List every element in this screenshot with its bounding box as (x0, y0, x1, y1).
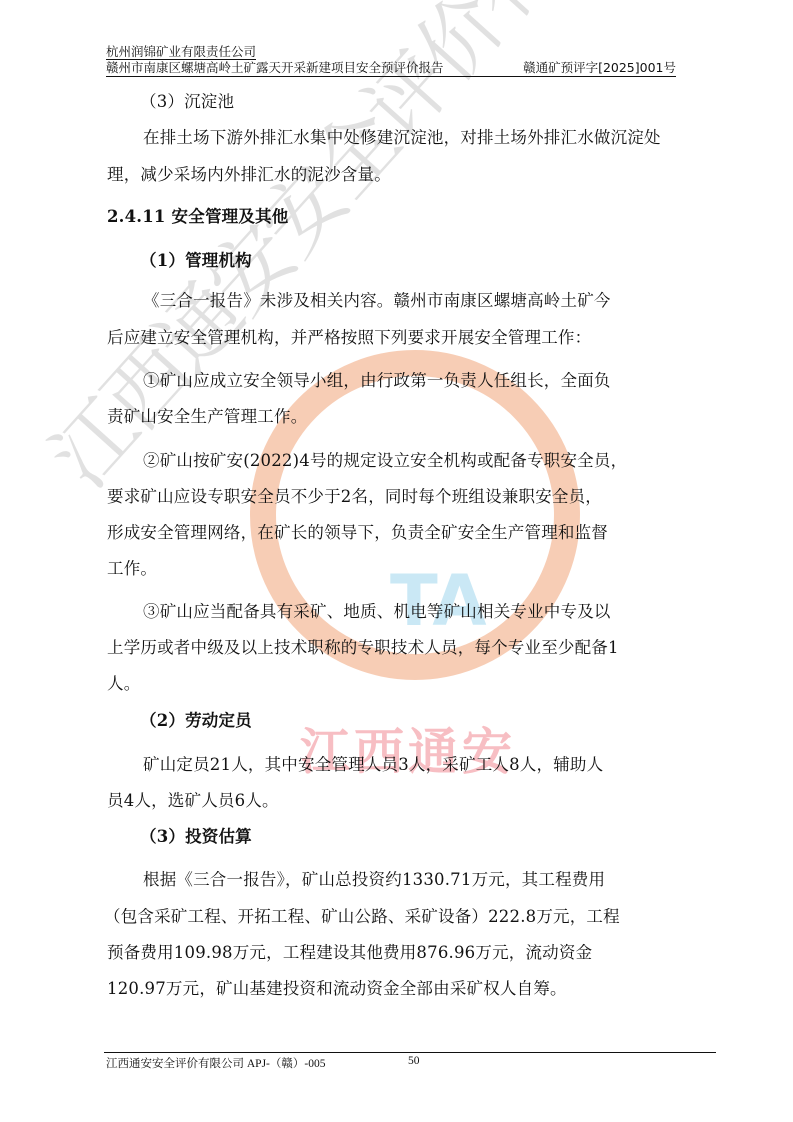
list-item-line: 工作。 (107, 558, 157, 580)
list-item-line: ③矿山应当配备具有采矿、地质、机电等矿山相关专业中专及以 (143, 601, 611, 623)
subheading-investment: （3）投资估算 (140, 826, 252, 848)
paragraph-line: （包含采矿工程、开拓工程、矿山公路、采矿设备）222.8万元，工程 (104, 906, 620, 928)
header-title-row: 赣州市南康区螺塘高岭土矿露天开采新建项目安全预评价报告 赣通矿预评字[2025]… (106, 60, 676, 77)
footer-divider (104, 1052, 716, 1053)
paragraph-line: 后应建立安全管理机构，并严格按照下列要求开展安全管理工作： (107, 327, 591, 349)
paragraph-line: 矿山定员21人，其中安全管理人员3人，采矿工人8人，辅助人 (143, 754, 603, 776)
paragraph-line: 120.97万元，矿山基建投资和流动资金全部由采矿权人自筹。 (107, 978, 567, 1000)
paragraph-line: 根据《三合一报告》，矿山总投资约1330.71万元，其工程费用 (143, 869, 605, 891)
paragraph-line: 在排土场下游外排汇水集中处修建沉淀池，对排土场外排汇水做沉淀处 (143, 127, 661, 149)
paragraph-line: 员4人，选矿人员6人。 (107, 790, 279, 812)
paragraph-line: 理，减少采场内外排汇水的泥沙含量。 (107, 164, 391, 186)
subheading-sedimentation: （3）沉淀池 (140, 91, 234, 113)
list-item-line: 责矿山安全生产管理工作。 (107, 406, 307, 428)
header-company-name: 杭州润锦矿业有限责任公司 (106, 44, 256, 60)
list-item-line: 要求矿山应设专职安全员不少于2名，同时每个班组设兼职安全员， (107, 486, 602, 508)
list-item-line: 人。 (107, 673, 140, 695)
list-item-line: 形成安全管理网络，在矿长的领导下，负责全矿安全生产管理和监督 (107, 522, 608, 544)
list-item-line: ①矿山应成立安全领导小组，由行政第一负责人任组长，全面负 (143, 370, 611, 392)
section-heading: 2.4.11 安全管理及其他 (107, 206, 288, 228)
footer-org: 江西通安安全评价有限公司 APJ-（赣）-005 (106, 1055, 325, 1071)
text-layer: 杭州润锦矿业有限责任公司 赣州市南康区螺塘高岭土矿露天开采新建项目安全预评价报告… (0, 0, 793, 1122)
document-page: TA 江西通安安全评价有限公司 江西通安 杭州润锦矿业有限责任公司 赣州市南康区… (0, 0, 793, 1122)
list-item-line: ②矿山按矿安(2022)4号的规定设立安全机构或配备专职安全员， (143, 450, 627, 472)
subheading-management: （1）管理机构 (140, 250, 252, 272)
subheading-staffing: （2）劳动定员 (140, 710, 252, 732)
header-doc-number: 赣通矿预评字[2025]001号 (523, 60, 676, 75)
paragraph-line: 《三合一报告》未涉及相关内容。赣州市南康区螺塘高岭土矿今 (143, 290, 611, 312)
list-item-line: 上学历或者中级及以上技术职称的专职技术人员，每个专业至少配备1 (107, 637, 619, 659)
page-number: 50 (408, 1055, 420, 1067)
header-report-title: 赣州市南康区螺塘高岭土矿露天开采新建项目安全预评价报告 (106, 60, 444, 75)
header-company: 杭州润锦矿业有限责任公司 (106, 44, 676, 59)
paragraph-line: 预备费用109.98万元，工程建设其他费用876.96万元，流动资金 (107, 942, 592, 964)
